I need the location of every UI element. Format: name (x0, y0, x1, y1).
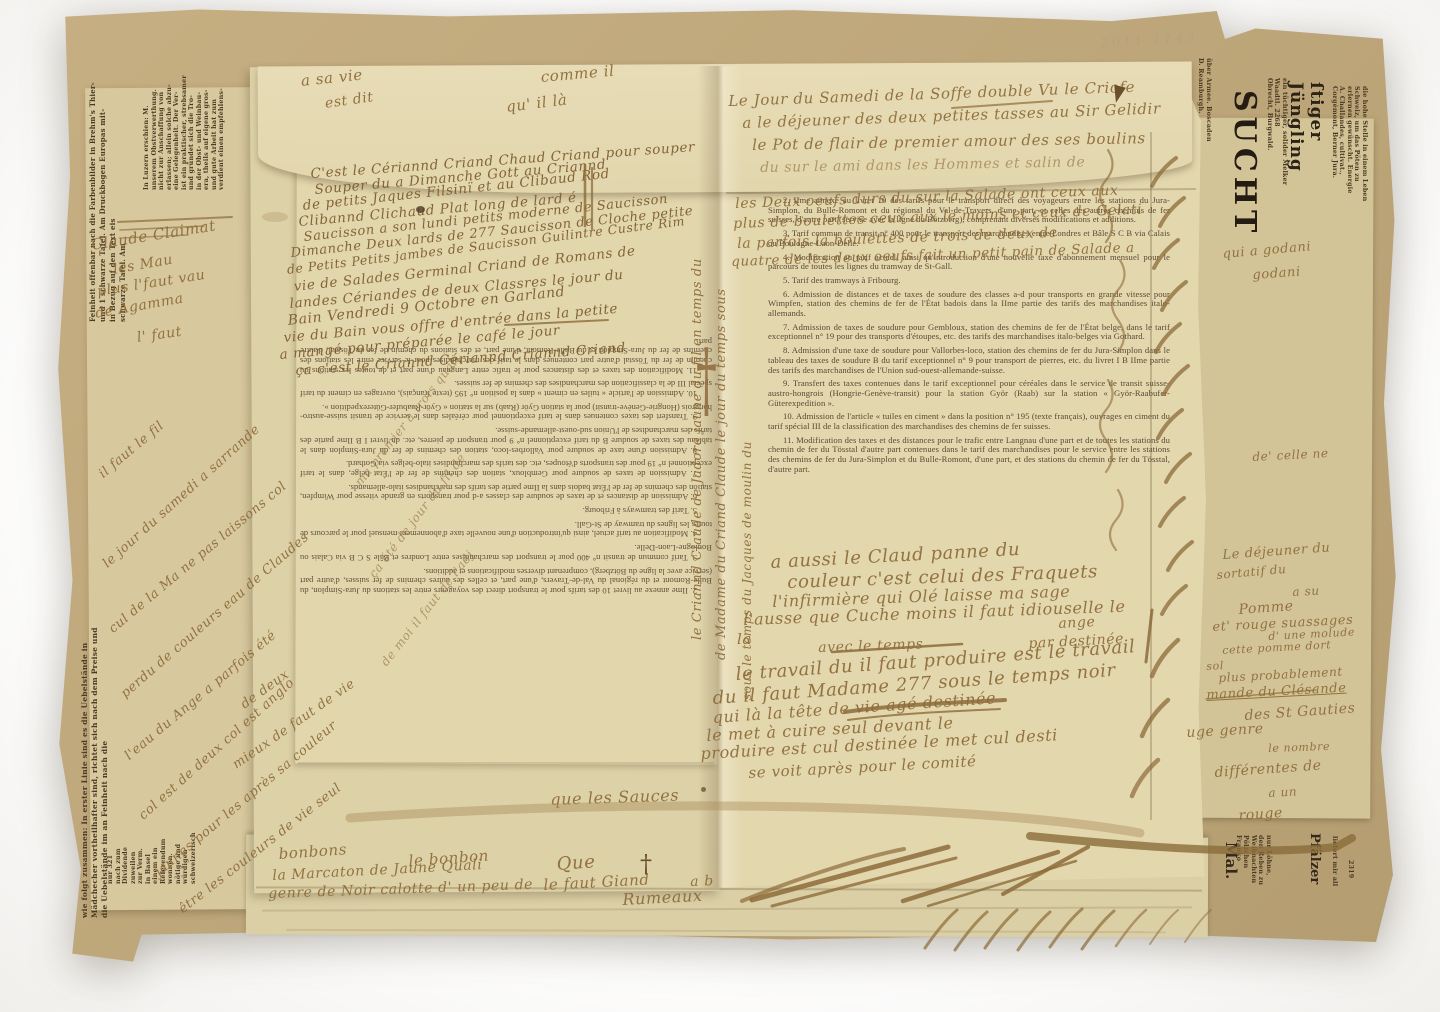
newspaper-line: Dividende (122, 832, 130, 884)
ad-number: 2319 (1347, 860, 1355, 878)
juengling-text: ſtiger Jüngling (1286, 82, 1326, 196)
tariff-item: 8. Admission d'une taxe de soudure pour … (300, 426, 712, 455)
newspaper-line: era, theils auf eigene gros- (203, 75, 211, 190)
cross-mark-small: † (640, 850, 652, 878)
photographed-document: 2. IIme annexe au livret 10 des tarifs p… (0, 0, 1440, 1012)
mal-ad-body: nur Löhne, den Reben zu Weihnachten Pölz… (1235, 835, 1273, 885)
newspaper-line: A. Challandes, cultivat., (1338, 86, 1346, 201)
newspaper-line: die hohe Stelle in einem Leben (1361, 86, 1369, 201)
newspaper-line: Franko (1235, 835, 1243, 885)
newspaper-line: 2319 (1347, 860, 1355, 878)
ink-stain (701, 787, 706, 792)
newspaper-line: und gute Arbeit hat zum (211, 75, 219, 190)
tariff-item: 7. Admission de taxes de soudure pour Ge… (768, 323, 1170, 342)
newspaper-line: und gründet sich die Tro- (188, 75, 196, 190)
tariff-item: 3. Tarif commun de transit n° 400 pour l… (300, 543, 712, 562)
printed-tariff-text-flipped-clip: 2. IIme annexe au livret 10 des tarifs p… (300, 336, 712, 666)
handwriting-line: rouge (1238, 805, 1283, 824)
newspaper-line: nach zum (115, 832, 123, 884)
tariff-item: 2. IIme annexe au livret 10 des tarifs p… (300, 566, 712, 595)
cross-glyph: † (696, 330, 717, 428)
ink-stain (416, 206, 425, 213)
newspaper-line: zur Verm. (137, 832, 145, 884)
newspaper-line: verdient einen empfehlens- (218, 75, 226, 190)
pfalzer-ad-line: liefert mir all (1331, 836, 1339, 886)
newspaper-line: ist ein praktischer, strebsamer (181, 75, 189, 190)
newspaper-line: nur Löhne, (1265, 835, 1273, 885)
newspaper-line: erlernen gewünscht. Energie (1346, 86, 1354, 201)
newspaper-column-left-bottom: wie folgt zusammen: In erster Linie sind… (80, 627, 110, 918)
newspaper-line: In Luzern erschien: M. (143, 75, 151, 190)
newspaper-line: eine Gelegenheit. Der Ver- (173, 75, 181, 190)
handwriting-line-vertical: sous le temps du Jacques de moulin du (740, 441, 754, 700)
newspaper-line: Obrecht, Burgwald. (1266, 78, 1274, 185)
newspaper-line: in Basel (145, 832, 153, 884)
newspaper-line: Waadtl. 2268 (1273, 78, 1281, 185)
tariff-item: 4. Modification au tarif actuel, ainsi q… (300, 519, 712, 538)
sucht-text: SUCHT (1227, 90, 1262, 237)
handwriting-line: a su (1292, 584, 1320, 599)
tariff-item: 10. Admission de l'article « tuiles en c… (768, 412, 1170, 431)
tariff-item: 8. Admission d'une taxe de soudure pour … (768, 346, 1170, 375)
newspaper-line: nicht zur Anschaffung von (158, 75, 166, 190)
cross-mark: † (696, 330, 717, 428)
tariff-item: 5. Tarif des tramways à Fribourg. (768, 276, 1170, 286)
cross-glyph: † (640, 850, 652, 878)
newspaper-line: Schweiz, um das Pöten zu (1353, 86, 1361, 201)
newspaper-line: D. Reamburgh. (1197, 58, 1205, 142)
tariff-item: 9. Transfert des taxes contenues dans le… (768, 379, 1170, 408)
newspaper-line: Pölzchen (1242, 835, 1250, 885)
tariff-item: 5. Tarif des tramways à Fribourg. (300, 506, 712, 516)
newspaper-line: zuweilen (130, 832, 138, 884)
newspaper-line: nur 321 (107, 832, 115, 884)
newspaper-column-right-after-sucht: ein tüchtiger, solider Melker Waadtl. 22… (1266, 78, 1289, 185)
handwriting-line-vertical: le Criannd Claude de Jadore jaune du fil… (690, 258, 705, 640)
handwriting-line: ange (1058, 614, 1096, 632)
newspaper-line: in der Obst- und Weinbau- (196, 75, 204, 190)
handwriting-line: Que (556, 851, 596, 875)
newspaper-line: erlassen; allein solche abzu- (166, 75, 174, 190)
handwriting-line: a un (1268, 784, 1298, 799)
sucht-headline: SUCHT (1227, 90, 1262, 237)
newspaper-line: Mädchecher vortheilhafter sind, richtet … (90, 627, 100, 918)
pfalzer-text: Pfälzer (1307, 833, 1322, 884)
tariff-item: 10. Admission de l'article « tuiles en c… (300, 379, 712, 398)
pfalzer-headline: Pfälzer (1307, 833, 1322, 884)
newspaper-line: liefert mir all (1331, 836, 1339, 886)
juengling-ad-body: die hohe Stelle in einem Leben Schweiz, … (1331, 86, 1369, 201)
tariff-item: 9. Transfert des taxes contenues dans le… (300, 402, 712, 421)
newspaper-line: wie folgt zusammen: In erster Linie sind… (80, 627, 90, 918)
paper-smudge (262, 212, 288, 222)
juengling-headline: ſtiger Jüngling (1286, 82, 1326, 196)
handwriting-line: le nombre (1268, 740, 1330, 755)
newspaper-line: den Reben zu (1257, 835, 1265, 885)
newspaper-line: Weihnachten (1250, 835, 1258, 885)
sheet-edge-line (298, 762, 714, 764)
tariff-item: 6. Admission de distances et de taxes de… (768, 290, 1170, 319)
newspaper-line: über Armee. Boscaden (1205, 58, 1213, 142)
newspaper-line: unserem Obstverwerthung. (151, 75, 159, 190)
newspaper-line: Corgémont, Berner Jura. (1331, 86, 1339, 201)
newspaper-column-right-small: über Armee. Boscaden D. Reamburgh. (1197, 58, 1212, 142)
newspaper-column-left-second: In Luzern erschien: M. unserem Obstverwe… (143, 75, 226, 190)
tariff-item: 11. Modification des taxes et des distan… (768, 436, 1170, 475)
